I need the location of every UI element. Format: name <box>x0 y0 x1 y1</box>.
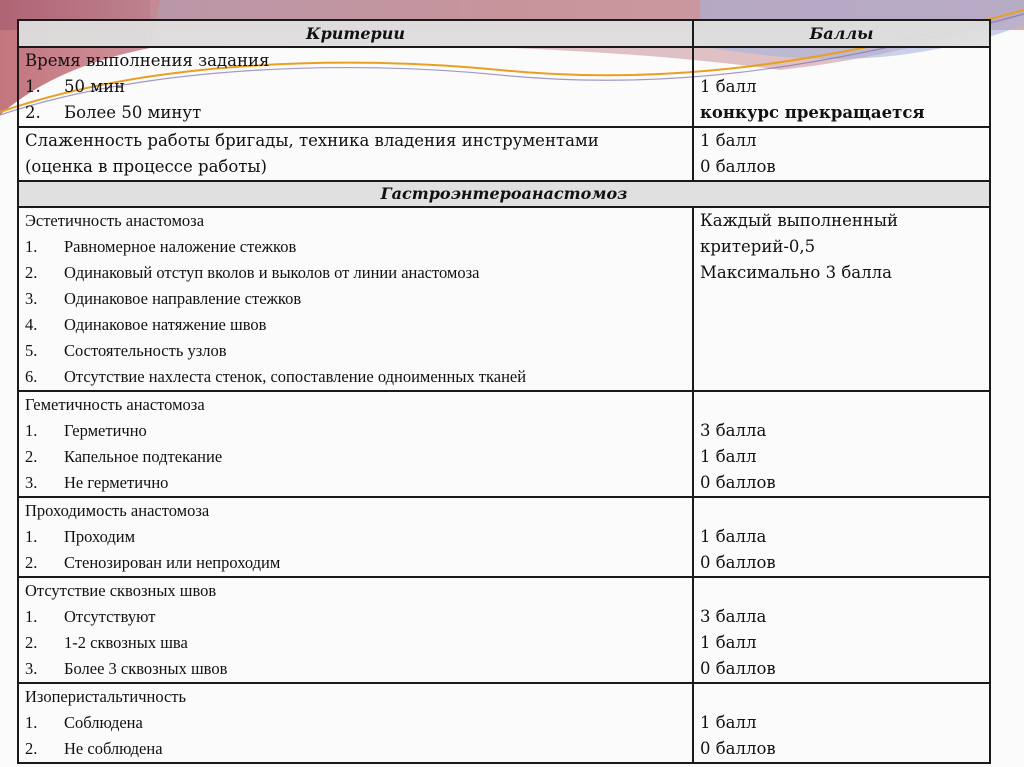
criteria-item: 4.Одинаковое натяжение швов <box>25 312 686 338</box>
item-text: Более 3 сквозных швов <box>64 659 227 678</box>
item-text: Отсутствуют <box>64 607 155 626</box>
points-cell: 3 балла1 балл0 баллов <box>693 577 990 683</box>
scoring-criteria-table: Критерии Баллы Время выполнения задания1… <box>17 19 991 764</box>
table-row: Проходимость анастомоза1.Проходим2.Стено… <box>18 497 990 577</box>
spacer <box>700 498 983 524</box>
points-value: 1 балла <box>700 524 983 550</box>
criteria-item: 2.Одинаковый отступ вколов и выколов от … <box>25 260 686 286</box>
item-number: 2. <box>25 444 64 470</box>
criteria-item: 3.Не герметично <box>25 470 686 496</box>
spacer <box>700 684 983 710</box>
criteria-item: 2.Капельное подтекание <box>25 444 686 470</box>
points-value: 0 баллов <box>700 736 983 762</box>
table-header-row: Критерии Баллы <box>18 20 990 47</box>
item-text: Соблюдена <box>64 713 143 732</box>
criteria-cell: Проходимость анастомоза1.Проходим2.Стено… <box>18 497 693 577</box>
table-row: Слаженность работы бригады, техника влад… <box>18 127 990 181</box>
item-number: 1. <box>25 74 64 100</box>
criteria-subtitle: (оценка в процессе работы) <box>25 154 686 180</box>
spacer <box>700 392 983 418</box>
points-cell: 3 балла1 балл0 баллов <box>693 391 990 497</box>
item-number: 4. <box>25 312 64 338</box>
points-value: 0 баллов <box>700 550 983 576</box>
points-cell: 1 балла0 баллов <box>693 497 990 577</box>
criteria-cell: Отсутствие сквозных швов1.Отсутствуют2.1… <box>18 577 693 683</box>
item-number: 2. <box>25 630 64 656</box>
item-text: Более 50 минут <box>64 103 201 122</box>
points-cell: 1 балл0 баллов <box>693 683 990 763</box>
item-text: Одинаковое направление стежков <box>64 289 301 308</box>
criteria-cell: Время выполнения задания1.50 мин2.Более … <box>18 47 693 127</box>
table-row: Геметичность анастомоза1.Герметично2.Кап… <box>18 391 990 497</box>
item-number: 1. <box>25 524 64 550</box>
points-value: Каждый выполненный <box>700 208 983 234</box>
points-cell: 1 баллконкурс прекращается <box>693 47 990 127</box>
item-number: 6. <box>25 364 64 390</box>
item-number: 2. <box>25 736 64 762</box>
item-text: 50 мин <box>64 77 125 96</box>
criteria-title: Слаженность работы бригады, техника влад… <box>25 128 686 154</box>
criteria-item: 1.Отсутствуют <box>25 604 686 630</box>
header-criteria: Критерии <box>18 20 693 47</box>
criteria-title: Время выполнения задания <box>25 48 686 74</box>
item-number: 1. <box>25 710 64 736</box>
item-text: Одинаковый отступ вколов и выколов от ли… <box>64 263 479 282</box>
item-text: Стенозирован или непроходим <box>64 553 280 572</box>
points-value: конкурс прекращается <box>700 100 983 126</box>
table-row: Изоперистальтичность1.Соблюдена2.Не собл… <box>18 683 990 763</box>
criteria-item: 1.Проходим <box>25 524 686 550</box>
criteria-item: 6.Отсутствие нахлеста стенок, сопоставле… <box>25 364 686 390</box>
points-value: 1 балл <box>700 128 983 154</box>
item-number: 1. <box>25 418 64 444</box>
criteria-item: 2.Более 50 минут <box>25 100 686 126</box>
item-text: Состоятельность узлов <box>64 341 227 360</box>
criteria-cell: Геметичность анастомоза1.Герметично2.Кап… <box>18 391 693 497</box>
criteria-item: 1.50 мин <box>25 74 686 100</box>
item-number: 1. <box>25 604 64 630</box>
item-text: Проходим <box>64 527 135 546</box>
criteria-item: 3.Одинаковое направление стежков <box>25 286 686 312</box>
points-value: критерий-0,5 <box>700 234 983 260</box>
criteria-item: 2.Не соблюдена <box>25 736 686 762</box>
criteria-title: Геметичность анастомоза <box>25 392 686 418</box>
points-value: 3 балла <box>700 418 983 444</box>
criteria-cell: Эстетичность анастомоза1.Равномерное нал… <box>18 207 693 391</box>
criteria-cell: Слаженность работы бригады, техника влад… <box>18 127 693 181</box>
criteria-item: 2.1-2 сквозных шва <box>25 630 686 656</box>
points-cell: Каждый выполненныйкритерий-0,5Максимальн… <box>693 207 990 391</box>
points-value: 3 балла <box>700 604 983 630</box>
item-number: 3. <box>25 470 64 496</box>
header-points: Баллы <box>693 20 990 47</box>
item-number: 2. <box>25 260 64 286</box>
criteria-item: 1.Герметично <box>25 418 686 444</box>
points-value: 0 баллов <box>700 470 983 496</box>
points-value: 1 балл <box>700 74 983 100</box>
item-text: Герметично <box>64 421 147 440</box>
item-text: Отсутствие нахлеста стенок, сопоставлени… <box>64 367 526 386</box>
section-title: Гастроэнтероанастомоз <box>18 181 990 207</box>
points-value: 0 баллов <box>700 154 983 180</box>
item-text: Не соблюдена <box>64 739 163 758</box>
points-cell: 1 балл0 баллов <box>693 127 990 181</box>
item-text: Равномерное наложение стежков <box>64 237 296 256</box>
item-number: 1. <box>25 234 64 260</box>
item-text: Не герметично <box>64 473 168 492</box>
criteria-title: Эстетичность анастомоза <box>25 208 686 234</box>
section-header-row: Гастроэнтероанастомоз <box>18 181 990 207</box>
points-value: 0 баллов <box>700 656 983 682</box>
spacer <box>700 48 983 74</box>
item-number: 3. <box>25 656 64 682</box>
criteria-title: Отсутствие сквозных швов <box>25 578 686 604</box>
table-row: Время выполнения задания1.50 мин2.Более … <box>18 47 990 127</box>
criteria-item: 5.Состоятельность узлов <box>25 338 686 364</box>
criteria-item: 2.Стенозирован или непроходим <box>25 550 686 576</box>
spacer <box>700 578 983 604</box>
criteria-title: Проходимость анастомоза <box>25 498 686 524</box>
item-number: 5. <box>25 338 64 364</box>
criteria-title: Изоперистальтичность <box>25 684 686 710</box>
points-value: Максимально 3 балла <box>700 260 983 286</box>
table-row: Отсутствие сквозных швов1.Отсутствуют2.1… <box>18 577 990 683</box>
item-text: Капельное подтекание <box>64 447 222 466</box>
item-number: 2. <box>25 100 64 126</box>
criteria-item: 1.Соблюдена <box>25 710 686 736</box>
criteria-cell: Изоперистальтичность1.Соблюдена2.Не собл… <box>18 683 693 763</box>
item-text: Одинаковое натяжение швов <box>64 315 266 334</box>
item-number: 3. <box>25 286 64 312</box>
criteria-item: 3.Более 3 сквозных швов <box>25 656 686 682</box>
points-value: 1 балл <box>700 630 983 656</box>
item-text: 1-2 сквозных шва <box>64 633 188 652</box>
criteria-item: 1.Равномерное наложение стежков <box>25 234 686 260</box>
points-value: 1 балл <box>700 444 983 470</box>
table-row: Эстетичность анастомоза1.Равномерное нал… <box>18 207 990 391</box>
item-number: 2. <box>25 550 64 576</box>
points-value: 1 балл <box>700 710 983 736</box>
